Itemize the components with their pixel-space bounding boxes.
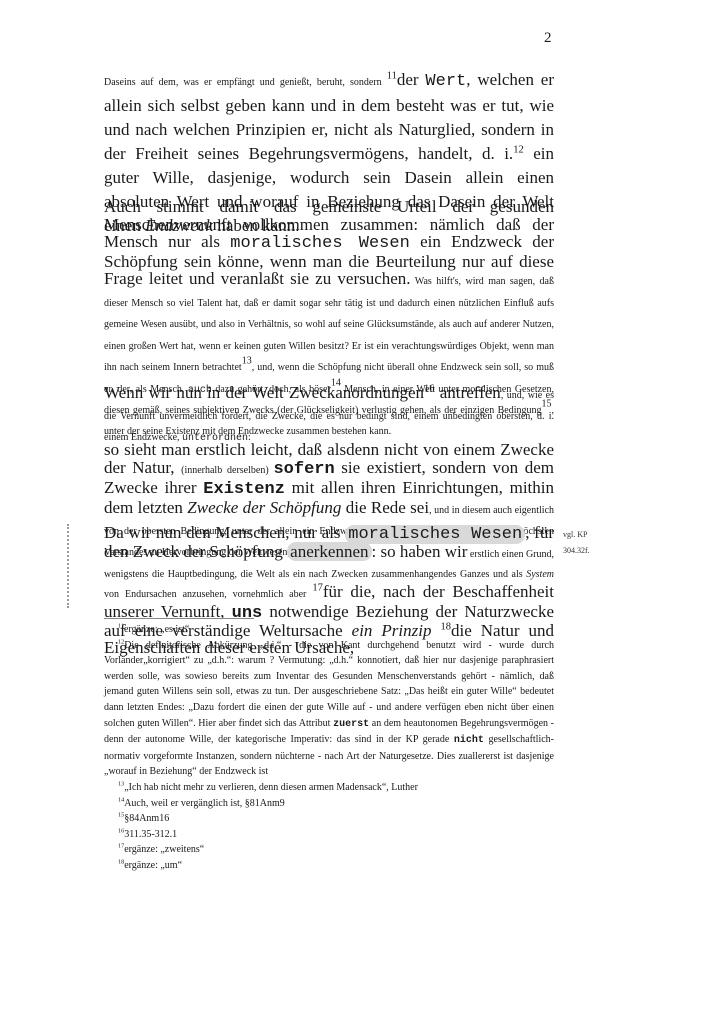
footnote-ref-12[interactable]: 12 (513, 144, 524, 155)
footnote-ref-11[interactable]: 11 (387, 70, 397, 81)
text: der (397, 70, 426, 89)
margin-marker-line (67, 524, 69, 608)
paragraph-3: Wenn wir nun in der Welt Zweckanordnunge… (104, 384, 554, 448)
margin-note-line: vgl. KP (563, 527, 590, 543)
monospace-term: sofern (273, 460, 334, 479)
text: : so haben wir (372, 542, 468, 561)
footnote-text: ergänze: „um“ (124, 860, 182, 871)
monospace-term: zuerst (333, 719, 369, 730)
monospace-term: Wert (425, 72, 466, 91)
footnotes: 11ergänze: „es ist“ 12Die definitorische… (104, 622, 554, 874)
footnote-12: 12Die definitorische Abkürzung „d.i.“ - … (104, 638, 554, 780)
footnote-17: 17ergänze: „zweitens“ (104, 842, 554, 858)
footnote-text: §84Anm16 (124, 813, 169, 824)
monospace-term: moralisches Wesen (230, 234, 410, 253)
italic-term: System (526, 569, 554, 580)
small-text: (innerhalb derselben) (181, 465, 273, 476)
footnote-text: Auch, weil er vergänglich ist, §81Anm9 (124, 798, 285, 809)
footnote-text: „Ich hab nicht mehr zu verlieren, denn d… (124, 782, 418, 793)
small-text: Was hilft's, wird man sagen, daß dieser … (104, 276, 554, 373)
small-text: Daseins auf dem, was er empfängt und gen… (104, 77, 387, 88)
italic-term: Zwecke der Schöpfung (187, 498, 341, 517)
footnote-text: 311.35-312.1 (124, 829, 177, 840)
text: Da wir nun den Menschen, nur als (104, 523, 345, 542)
monospace-term: nicht (454, 735, 484, 746)
margin-note-line: 304.32f. (563, 543, 590, 559)
footnote-rule (104, 618, 254, 619)
footnote-text: ergänze: „es ist“ (124, 624, 189, 635)
footnote-14: 14Auch, weil er vergänglich ist, §81Anm9 (104, 796, 554, 812)
small-text: von Endursachen anzusehen, vornehmlich a… (104, 589, 312, 600)
footnote-15: 15§84Anm16 (104, 811, 554, 827)
footnote-16: 16311.35-312.1 (104, 827, 554, 843)
highlighted-term[interactable]: anerkennen (287, 542, 371, 561)
footnote-ref-16[interactable]: 16 (424, 383, 435, 394)
footnote-13: 13„Ich hab nicht mehr zu verlieren, denn… (104, 780, 554, 796)
text: antreffen (435, 383, 501, 402)
text: Wenn wir nun in der Welt Zweckanordnunge… (104, 383, 424, 402)
margin-note: vgl. KP 304.32f. (563, 527, 590, 559)
footnote-text: Die definitorische Abkürzung „d.i.“ - di… (104, 640, 554, 729)
footnote-ref-13[interactable]: 13 (242, 355, 252, 366)
footnote-11: 11ergänze: „es ist“ (104, 622, 554, 638)
footnote-18: 18ergänze: „um“ (104, 858, 554, 874)
footnote-text: ergänze: „zweitens“ (124, 844, 204, 855)
page-number: 2 (544, 30, 552, 47)
monospace-term: Existenz (203, 480, 285, 499)
text: die Rede sei (341, 498, 429, 517)
footnote-ref-17[interactable]: 17 (312, 582, 323, 593)
